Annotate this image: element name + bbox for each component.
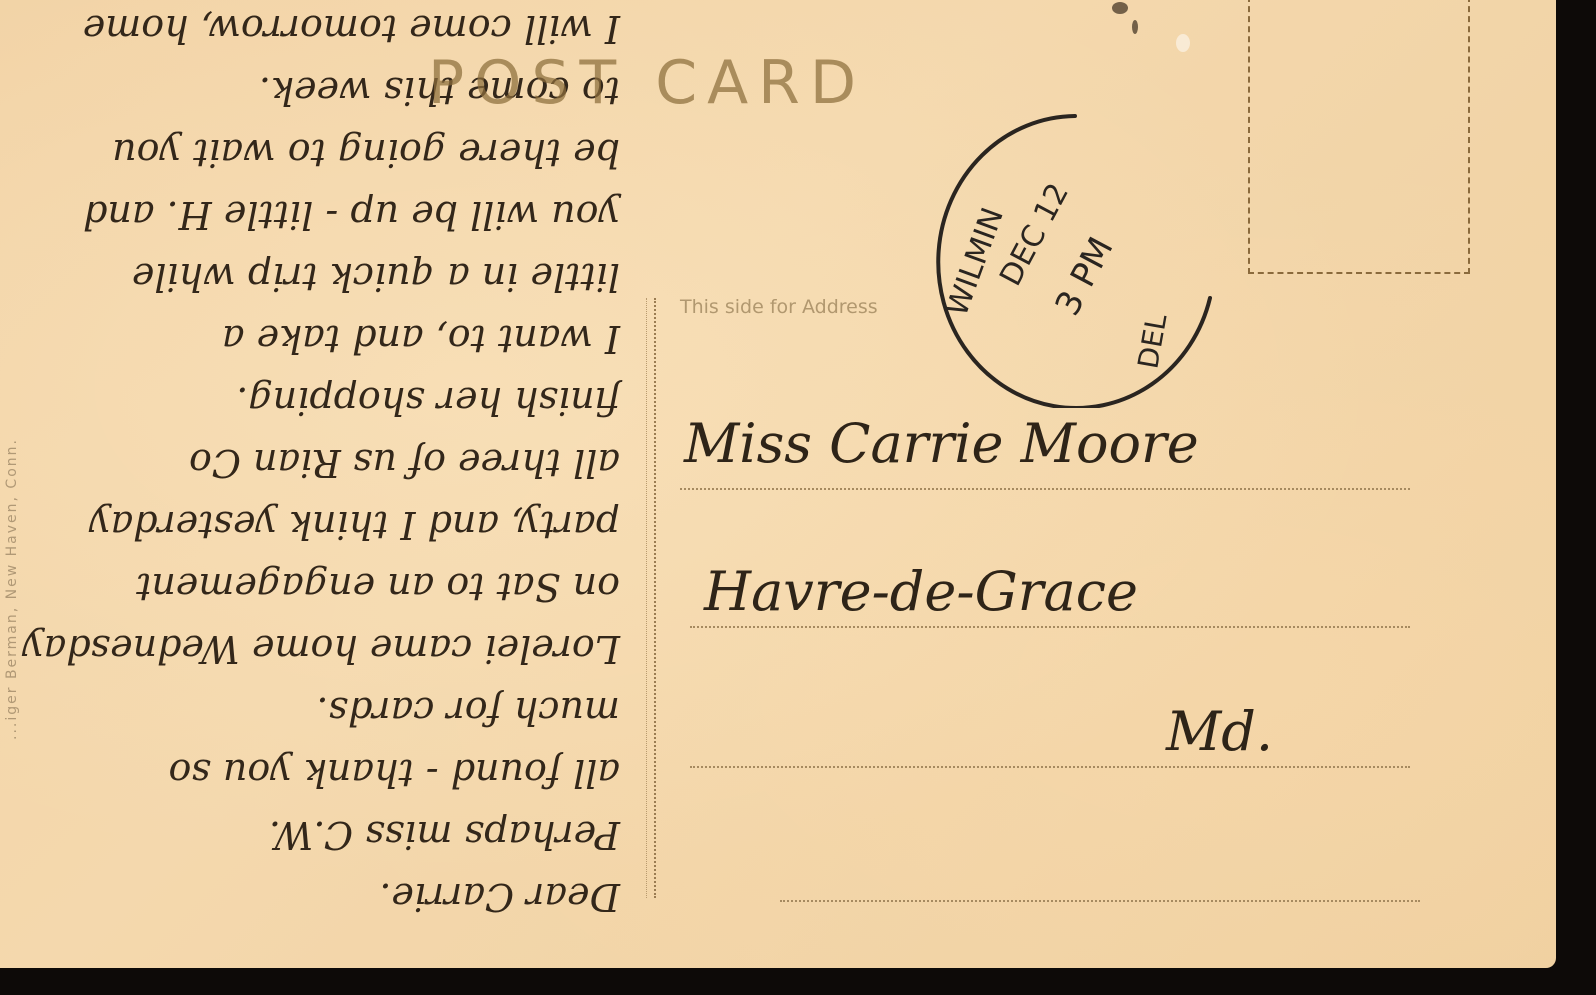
address-state: Md. (1166, 700, 1273, 763)
message-line: Dear Carrie. (0, 866, 640, 928)
address-city: Havre-de-Grace (704, 560, 1138, 623)
address-line-4 (780, 900, 1420, 902)
message-line: much for cards. (0, 680, 640, 742)
message-line: Perhaps miss C.W. (0, 804, 640, 866)
message-line: finish her shopping. (0, 370, 640, 432)
message-line: I want to, and take a (0, 308, 640, 370)
address-line-2 (690, 626, 1410, 628)
card-divider-line-inner (646, 298, 647, 898)
card-divider-line (654, 298, 656, 898)
message-line: Lorelei came home Wednesday (0, 618, 640, 680)
address-recipient: Miss Carrie Moore (684, 412, 1199, 475)
message-line: all three of us Rian Co (0, 432, 640, 494)
message-line: little in a quick trip while (0, 246, 640, 308)
address-line-1 (680, 488, 1410, 490)
postmark-circle-icon: WILMIN DEC 12 3 PM DEL (925, 108, 1215, 408)
address-line-3 (690, 766, 1410, 768)
ink-smudge (1132, 20, 1138, 34)
postmark-time: 3 PM (1048, 231, 1122, 322)
address-hint: This side for Address (680, 296, 878, 318)
message-line: all found - thank you so (0, 742, 640, 804)
postcard-heading: POST CARD (428, 48, 866, 118)
message-line: you will be up - little H. and (0, 184, 640, 246)
message-line: be there going to wait you (0, 122, 640, 184)
paper-spot (1176, 34, 1190, 52)
message-line: on Sat to an engagement (0, 556, 640, 618)
handwritten-message-upside-down: Dear Carrie. Perhaps miss C.W. all found… (0, 0, 640, 968)
message-line: party, and I think yesterday (0, 494, 640, 556)
postmark-state: DEL (1131, 311, 1173, 371)
ink-smudge (1112, 2, 1128, 14)
postcard: ...iger Berman, New Haven, Conn. Dear Ca… (0, 0, 1556, 968)
stamp-placeholder-box (1248, 0, 1470, 274)
